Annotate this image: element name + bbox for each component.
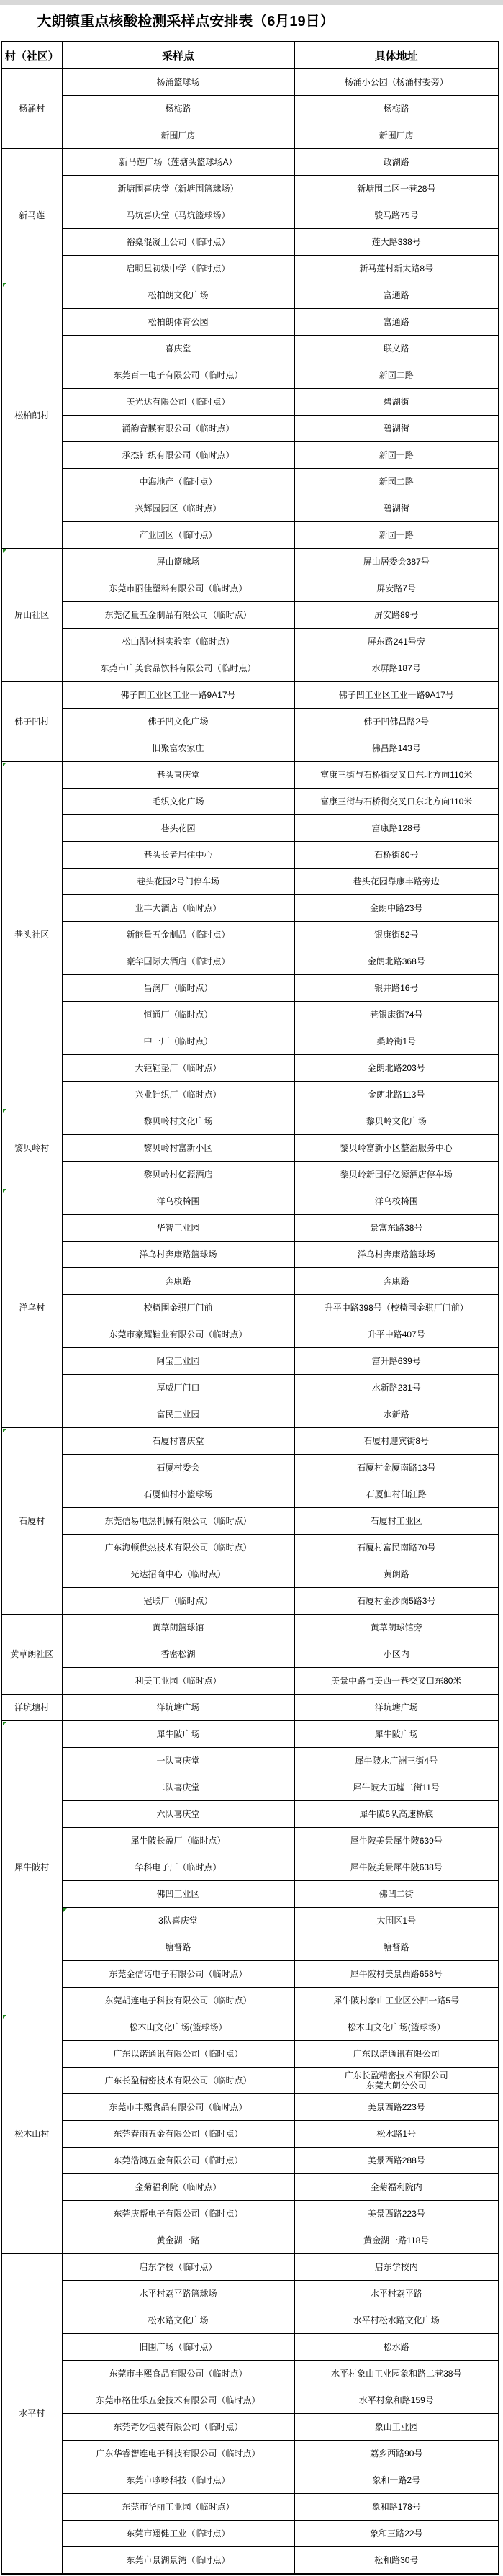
address-cell: 联义路 (294, 336, 499, 362)
address-cell: 美景西路223号 (294, 2201, 499, 2227)
table-row: 香密松湖小区内 (1, 1641, 499, 1668)
table-row: 东莞市哆哆科技（临时点）象和一路2号 (1, 2467, 499, 2494)
table-row: 东莞市广美食品饮料有限公司（临时点）水屏路187号 (1, 655, 499, 682)
site-cell: 马坑喜庆堂（马坑篮球场） (62, 202, 294, 229)
table-row: 马坑喜庆堂（马坑篮球场）骏马路75号 (1, 202, 499, 229)
site-cell: 东莞百一电子有限公司（临时点） (62, 362, 294, 389)
site-cell: 阿宝工业园 (62, 1348, 294, 1375)
village-cell: 洋坑塘村 (1, 1695, 62, 1721)
address-cell: 洋乌村奔康路篮球场 (294, 1242, 499, 1268)
table-row: 东莞市丰熙食品有限公司（临时点）水平村象山工业园象和路二巷38号 (1, 2361, 499, 2387)
site-cell: 东莞市哆哆科技（临时点） (62, 2467, 294, 2494)
site-cell: 校椅围金骐厂门前 (62, 1295, 294, 1321)
address-cell: 美景西路288号 (294, 2148, 499, 2174)
village-cell: 屏山社区 (1, 549, 62, 682)
site-cell: 石厦仙村小篮球场 (62, 1481, 294, 1508)
address-cell: 石厦村富民南路70号 (294, 1535, 499, 1561)
site-cell: 广东华睿智连电子科技有限公司（临时点） (62, 2441, 294, 2467)
address-cell: 富康三街与石桥街交叉口东北方向110米 (294, 789, 499, 815)
site-cell: 佛凹工业区 (62, 1881, 294, 1908)
address-cell: 银康街52号 (294, 922, 499, 948)
village-cell: 松木山村 (1, 2014, 62, 2254)
site-cell: 松木山文化广场(篮球场） (62, 2014, 294, 2041)
table-row: 巷头花园富康路128号 (1, 815, 499, 842)
table-row: 校椅围金骐厂门前升平中路398号（校椅围金骐厂门前） (1, 1295, 499, 1321)
site-cell: 犀牛陂长盈厂（临时点） (62, 1828, 294, 1854)
table-row: 六队喜庆堂犀牛陂6队高速桥底 (1, 1801, 499, 1828)
table-row: 新塘围喜庆堂（新塘围篮球场）新塘围二区一巷28号 (1, 176, 499, 202)
site-cell: 佛子凹文化广场 (62, 709, 294, 735)
site-cell: 兴业针织厂（临时点） (62, 1082, 294, 1108)
column-header: 具体地址 (294, 42, 499, 69)
table-row: 东莞市翔健工业（临时点）象和三路22号 (1, 2521, 499, 2547)
table-row: 新能量五金制品（临时点）银康街52号 (1, 922, 499, 948)
address-cell: 黄朗路 (294, 1561, 499, 1588)
address-cell: 金朗北路113号 (294, 1082, 499, 1108)
site-cell: 东莞胡连电子科技有限公司（临时点） (62, 1988, 294, 2014)
address-cell: 银井路16号 (294, 975, 499, 1002)
site-cell: 中一厂（临时点） (62, 1028, 294, 1055)
table-row: 石厦村委会石厦村金厦南路13号 (1, 1455, 499, 1481)
site-cell: 华智工业园 (62, 1215, 294, 1242)
table-row: 喜庆堂联义路 (1, 336, 499, 362)
address-cell: 水平村荔平路 (294, 2281, 499, 2307)
address-cell: 水平村象和路159号 (294, 2387, 499, 2414)
site-cell: 石厦村委会 (62, 1455, 294, 1481)
site-cell: 水平村荔平路篮球场 (62, 2281, 294, 2307)
site-cell: 旧围广场（临时点） (62, 2334, 294, 2361)
site-cell: 二队喜庆堂 (62, 1774, 294, 1801)
table-row: 东莞市豪耀鞋业有限公司（临时点）升平中路407号 (1, 1321, 499, 1348)
site-cell: 黄金湖一路 (62, 2227, 294, 2254)
address-cell: 塘督路 (294, 1934, 499, 1961)
site-cell: 塘督路 (62, 1934, 294, 1961)
site-cell: 杨梅路 (62, 96, 294, 122)
site-cell: 东莞庆帮电子有限公司（临时点） (62, 2201, 294, 2227)
site-cell: 金菊福利院（临时点） (62, 2174, 294, 2201)
table-row: 洋乌村洋乌校椅围洋乌校椅围 (1, 1188, 499, 1215)
address-cell: 富升路639号 (294, 1348, 499, 1375)
site-cell: 启明星初级中学（临时点） (62, 256, 294, 282)
table-row: 石厦仙村小篮球场石厦仙村仙江路 (1, 1481, 499, 1508)
address-cell: 巷银康街74号 (294, 1002, 499, 1028)
table-row: 广东华睿智连电子科技有限公司（临时点）荔乡西路90号 (1, 2441, 499, 2467)
table-row: 大钜鞋垫厂（临时点）金朗北路203号 (1, 1055, 499, 1082)
address-cell: 升平中路398号（校椅围金骐厂门前） (294, 1295, 499, 1321)
site-cell: 新围厂房 (62, 122, 294, 149)
table-row: 屏山社区屏山篮球场屏山居委会387号 (1, 549, 499, 575)
table-row: 厚威厂门口水新路231号 (1, 1375, 499, 1401)
table-row: 广东长盈精密技术有限公司（临时点）广东长盈精密技术有限公司 东莞大朗分公司 (1, 2068, 499, 2094)
address-cell: 石桥街80号 (294, 842, 499, 869)
table-row: 旧围广场（临时点）松水路 (1, 2334, 499, 2361)
site-cell: 东莞市格仕乐五金技术有限公司（临时点） (62, 2387, 294, 2414)
site-cell: 启东学校（临时点） (62, 2254, 294, 2281)
address-cell: 大围区1号 (294, 1908, 499, 1934)
table-row: 承杰针织有限公司（临时点）新园一路 (1, 442, 499, 469)
table-row: 佛子凹文化广场佛子凹佛昌路2号 (1, 709, 499, 735)
table-row: 犀牛陂长盈厂（临时点）犀牛陂美景犀牛陂639号 (1, 1828, 499, 1854)
village-cell: 佛子凹村 (1, 682, 62, 762)
address-cell: 碧湖街 (294, 416, 499, 442)
village-cell: 石厦村 (1, 1428, 62, 1615)
table-row: 新围厂房新围厂房 (1, 122, 499, 149)
table-row: 恒通厂（临时点）巷银康街74号 (1, 1002, 499, 1028)
table-row: 毛织文化广场富康三街与石桥街交叉口东北方向110米 (1, 789, 499, 815)
column-header: 村（社区） (1, 42, 62, 69)
address-cell: 杨梅路 (294, 96, 499, 122)
table-row: 松柏朗体育公园富通路 (1, 309, 499, 336)
site-cell: 东莞春雨五金有限公司（临时点） (62, 2121, 294, 2148)
address-cell: 启东学校内 (294, 2254, 499, 2281)
address-cell: 黎贝岭富新小区整治服务中心 (294, 1135, 499, 1162)
site-cell: 新马莲广场（莲塘头篮球场A） (62, 149, 294, 176)
address-cell: 新园一路 (294, 522, 499, 549)
site-cell: 东莞市翔健工业（临时点） (62, 2521, 294, 2547)
address-cell: 景富东路38号 (294, 1215, 499, 1242)
table-row: 豪华国际大酒店（临时点）金朗北路368号 (1, 948, 499, 975)
address-cell: 新马莲村新太路8号 (294, 256, 499, 282)
address-cell: 黄金湖一路118号 (294, 2227, 499, 2254)
address-cell: 升平中路407号 (294, 1321, 499, 1348)
village-cell: 犀牛陂村 (1, 1721, 62, 2014)
site-cell: 东莞市丽佳塑料有限公司（临时点） (62, 575, 294, 602)
address-cell: 松和路30号 (294, 2547, 499, 2574)
site-cell: 东莞市丰熙食品有限公司（临时点） (62, 2361, 294, 2387)
address-cell: 犀牛陂村美景西路658号 (294, 1961, 499, 1988)
address-cell: 松木山文化广场(篮球场） (294, 2014, 499, 2041)
table-row: 水平村荔平路篮球场水平村荔平路 (1, 2281, 499, 2307)
address-cell: 富通路 (294, 309, 499, 336)
table-row: 一队喜庆堂犀牛陂水广洲三街4号 (1, 1748, 499, 1774)
table-row: 东莞庆帮电子有限公司（临时点）美景西路223号 (1, 2201, 499, 2227)
village-cell: 水平村 (1, 2254, 62, 2574)
address-cell: 新园一路 (294, 442, 499, 469)
table-row: 东莞信易电热机械有限公司（临时点）石厦村工业区 (1, 1508, 499, 1535)
site-cell: 富民工业园 (62, 1401, 294, 1428)
table-row: 昌润厂（临时点）银井路16号 (1, 975, 499, 1002)
address-cell: 犀牛陂水广洲三街4号 (294, 1748, 499, 1774)
address-cell: 屏东路241号旁 (294, 629, 499, 655)
table-row: 佛凹工业区佛凹二街 (1, 1881, 499, 1908)
table-row: 杨涌村杨涌篮球场杨涌小公园（杨涌村委旁） (1, 69, 499, 96)
address-cell: 富康路128号 (294, 815, 499, 842)
table-row: 东莞市华丽工业园（临时点）象和路178号 (1, 2494, 499, 2521)
village-cell: 巷头社区 (1, 762, 62, 1108)
address-cell: 石厦仙村仙江路 (294, 1481, 499, 1508)
address-cell: 碧湖街 (294, 389, 499, 416)
table-row: 冠联厂（临时点）石厦村金沙岗5路3号 (1, 1588, 499, 1615)
address-cell: 象和路178号 (294, 2494, 499, 2521)
site-cell: 华科电子厂（临时点） (62, 1854, 294, 1881)
table-row: 水平村启东学校（临时点）启东学校内 (1, 2254, 499, 2281)
table-row: 松水路文化广场水平村松水路文化广场 (1, 2307, 499, 2334)
address-cell: 犀牛陂美景犀牛陂638号 (294, 1854, 499, 1881)
site-cell: 香密松湖 (62, 1641, 294, 1668)
address-cell: 小区内 (294, 1641, 499, 1668)
site-cell: 松柏朗体育公园 (62, 309, 294, 336)
address-cell: 水平村象山工业园象和路二巷38号 (294, 2361, 499, 2387)
address-cell: 水新路 (294, 1401, 499, 1428)
village-cell: 黎贝岭村 (1, 1108, 62, 1188)
site-cell: 黎贝岭村亿源酒店 (62, 1162, 294, 1188)
table-row: 中海地产（临时点）新园二路 (1, 469, 499, 495)
site-cell: 黎贝岭村富新小区 (62, 1135, 294, 1162)
site-cell: 利美工业园（临时点） (62, 1668, 294, 1695)
address-cell: 金朗北路203号 (294, 1055, 499, 1082)
table-row: 黎贝岭村富新小区黎贝岭富新小区整治服务中心 (1, 1135, 499, 1162)
site-cell: 屏山篮球场 (62, 549, 294, 575)
address-cell: 佛子凹佛昌路2号 (294, 709, 499, 735)
table-row: 金菊福利院（临时点）金菊福利院内 (1, 2174, 499, 2201)
address-cell: 象和三路22号 (294, 2521, 499, 2547)
address-cell: 屏安路89号 (294, 602, 499, 629)
table-row: 富民工业园水新路 (1, 1401, 499, 1428)
address-cell: 新园二路 (294, 469, 499, 495)
site-cell: 广东海顿供热技术有限公司（临时点） (62, 1535, 294, 1561)
site-cell: 3队喜庆堂 (62, 1908, 294, 1934)
address-cell: 杨涌小公园（杨涌村委旁） (294, 69, 499, 96)
site-cell: 东莞市景湖景湾（临时点） (62, 2547, 294, 2574)
table-row: 东莞亿量五金制品有限公司（临时点）屏安路89号 (1, 602, 499, 629)
table-row: 东莞市格仕乐五金技术有限公司（临时点）水平村象和路159号 (1, 2387, 499, 2414)
table-row: 黎贝岭村黎贝岭村文化广场黎贝岭文化广场 (1, 1108, 499, 1135)
site-cell: 东莞市广美食品饮料有限公司（临时点） (62, 655, 294, 682)
address-cell: 犀牛陂大冚墟二街11号 (294, 1774, 499, 1801)
site-cell: 东莞金信诺电子有限公司（临时点） (62, 1961, 294, 1988)
table-row: 松山湖材料实验室（临时点）屏东路241号旁 (1, 629, 499, 655)
site-cell: 巷头长者居住中心 (62, 842, 294, 869)
site-cell: 松山湖材料实验室（临时点） (62, 629, 294, 655)
address-cell: 富康三街与石桥街交叉口东北方向110米 (294, 762, 499, 789)
table-row: 东莞市丽佳塑料有限公司（临时点）屏安路7号 (1, 575, 499, 602)
table-row: 兴业针织厂（临时点）金朗北路113号 (1, 1082, 499, 1108)
address-cell: 新园二路 (294, 362, 499, 389)
table-row: 塘督路塘督路 (1, 1934, 499, 1961)
address-cell: 石厦村金沙岗5路3号 (294, 1588, 499, 1615)
site-cell: 东莞浩鸿五金有限公司（临时点） (62, 2148, 294, 2174)
site-cell: 新能量五金制品（临时点） (62, 922, 294, 948)
address-cell: 富通路 (294, 282, 499, 309)
table-row: 华智工业园景富东路38号 (1, 1215, 499, 1242)
address-cell: 松水路 (294, 2334, 499, 2361)
table-row: 东莞浩鸿五金有限公司（临时点）美景西路288号 (1, 2148, 499, 2174)
site-cell: 广东长盈精密技术有限公司（临时点） (62, 2068, 294, 2094)
site-cell: 洋乌校椅围 (62, 1188, 294, 1215)
village-cell: 洋乌村 (1, 1188, 62, 1428)
table-row: 华科电子厂（临时点）犀牛陂美景犀牛陂638号 (1, 1854, 499, 1881)
table-row: 东莞市景湖景湾（临时点）松和路30号 (1, 2547, 499, 2574)
table-row: 巷头花园2号门停车场巷头花园靠康丰路旁边 (1, 869, 499, 895)
site-cell: 裕燊混凝土公司（临时点） (62, 229, 294, 256)
address-cell: 莲大路338号 (294, 229, 499, 256)
address-cell: 松水路1号 (294, 2121, 499, 2148)
address-cell: 美景中路与美西一巷交叉口东80米 (294, 1668, 499, 1695)
site-cell: 洋坑塘广场 (62, 1695, 294, 1721)
address-cell: 广东以诺通讯有限公司 (294, 2041, 499, 2068)
site-cell: 东莞奇妙包装有限公司（临时点） (62, 2414, 294, 2441)
table-row: 黄草朗社区黄草朗篮球馆黄草朗球馆旁 (1, 1615, 499, 1641)
site-cell: 广东以诺通讯有限公司（临时点） (62, 2041, 294, 2068)
table-row: 巷头社区巷头喜庆堂富康三街与石桥街交叉口东北方向110米 (1, 762, 499, 789)
address-cell: 黎贝岭文化广场 (294, 1108, 499, 1135)
site-cell: 东莞信易电热机械有限公司（临时点） (62, 1508, 294, 1535)
site-cell: 松柏朗文化广场 (62, 282, 294, 309)
table-row: 利美工业园（临时点）美景中路与美西一巷交叉口东80米 (1, 1668, 499, 1695)
site-cell: 东莞市豪耀鞋业有限公司（临时点） (62, 1321, 294, 1348)
site-cell: 昌润厂（临时点） (62, 975, 294, 1002)
village-cell: 新马莲 (1, 149, 62, 282)
address-cell: 巷头花园靠康丰路旁边 (294, 869, 499, 895)
table-row: 阿宝工业园富升路639号 (1, 1348, 499, 1375)
site-cell: 石厦村喜庆堂 (62, 1428, 294, 1455)
address-cell: 水平村松水路文化广场 (294, 2307, 499, 2334)
site-cell: 兴辉园园区（临时点） (62, 495, 294, 522)
site-cell: 恒通厂（临时点） (62, 1002, 294, 1028)
site-cell: 中海地产（临时点） (62, 469, 294, 495)
table-row: 启明星初级中学（临时点）新马莲村新太路8号 (1, 256, 499, 282)
site-cell: 美光达有限公司（临时点） (62, 389, 294, 416)
site-cell: 佛子凹工业区工业一路9A17号 (62, 682, 294, 709)
village-cell: 杨涌村 (1, 69, 62, 149)
site-cell: 奔康路 (62, 1268, 294, 1295)
table-row: 兴辉园园区（临时点）碧湖街 (1, 495, 499, 522)
table-row: 裕燊混凝土公司（临时点）莲大路338号 (1, 229, 499, 256)
address-cell: 佛子凹工业区工业一路9A17号 (294, 682, 499, 709)
table-row: 东莞春雨五金有限公司（临时点）松水路1号 (1, 2121, 499, 2148)
site-cell: 毛织文化广场 (62, 789, 294, 815)
page-title: 大朗镇重点核酸检测采样点安排表（6月19日） (0, 9, 371, 30)
address-cell: 骏马路75号 (294, 202, 499, 229)
table-row: 洋乌村奔康路篮球场洋乌村奔康路篮球场 (1, 1242, 499, 1268)
table-row: 广东以诺通讯有限公司（临时点）广东以诺通讯有限公司 (1, 2041, 499, 2068)
table-row: 广东海顿供热技术有限公司（临时点）石厦村富民南路70号 (1, 1535, 499, 1561)
table-row: 新马莲新马莲广场（莲塘头篮球场A）政湖路 (1, 149, 499, 176)
table-row: 奔康路奔康路 (1, 1268, 499, 1295)
table-row: 3队喜庆堂大围区1号 (1, 1908, 499, 1934)
table-row: 涌韵音膜有限公司（临时点）碧湖街 (1, 416, 499, 442)
site-cell: 承杰针织有限公司（临时点） (62, 442, 294, 469)
site-cell: 厚威厂门口 (62, 1375, 294, 1401)
address-cell: 黎贝岭新围仔亿源酒店停车场 (294, 1162, 499, 1188)
table-row: 美光达有限公司（临时点）碧湖街 (1, 389, 499, 416)
site-cell: 东莞市丰熙食品有限公司（临时点） (62, 2094, 294, 2121)
table-row: 光达招商中心（临时点）黄朗路 (1, 1561, 499, 1588)
address-cell: 犀牛陂6队高速桥底 (294, 1801, 499, 1828)
table-row: 东莞奇妙包装有限公司（临时点）象山工业园 (1, 2414, 499, 2441)
header-row: 村（社区）采样点具体地址 (1, 42, 499, 69)
site-cell: 豪华国际大酒店（临时点） (62, 948, 294, 975)
site-cell: 光达招商中心（临时点） (62, 1561, 294, 1588)
address-cell: 佛昌路143号 (294, 735, 499, 762)
address-cell: 桑岭街1号 (294, 1028, 499, 1055)
address-cell: 屏安路7号 (294, 575, 499, 602)
site-cell: 涌韵音膜有限公司（临时点） (62, 416, 294, 442)
site-cell: 冠联厂（临时点） (62, 1588, 294, 1615)
table-row: 东莞金信诺电子有限公司（临时点）犀牛陂村美景西路658号 (1, 1961, 499, 1988)
site-cell: 东莞市华丽工业园（临时点） (62, 2494, 294, 2521)
address-cell: 广东长盈精密技术有限公司 东莞大朗分公司 (294, 2068, 499, 2094)
site-cell: 业丰大酒店（临时点） (62, 895, 294, 922)
table-row: 巷头长者居住中心石桥街80号 (1, 842, 499, 869)
address-cell: 屏山居委会387号 (294, 549, 499, 575)
site-cell: 新塘围喜庆堂（新塘围篮球场） (62, 176, 294, 202)
address-cell: 洋坑塘广场 (294, 1695, 499, 1721)
table-row: 东莞市丰熙食品有限公司（临时点）美景西路223号 (1, 2094, 499, 2121)
address-cell: 金朗中路23号 (294, 895, 499, 922)
site-cell: 洋乌村奔康路篮球场 (62, 1242, 294, 1268)
address-cell: 佛凹二街 (294, 1881, 499, 1908)
sampling-table: 村（社区）采样点具体地址 杨涌村杨涌篮球场杨涌小公园（杨涌村委旁）杨梅路杨梅路新… (1, 41, 499, 2575)
address-cell: 新塘围二区一巷28号 (294, 176, 499, 202)
site-cell: 黄草朗篮球馆 (62, 1615, 294, 1641)
address-cell: 黄草朗球馆旁 (294, 1615, 499, 1641)
table-row: 洋坑塘村洋坑塘广场洋坑塘广场 (1, 1695, 499, 1721)
table-row: 佛子凹村佛子凹工业区工业一路9A17号佛子凹工业区工业一路9A17号 (1, 682, 499, 709)
table-row: 旧聚富农家庄佛昌路143号 (1, 735, 499, 762)
site-cell: 产业园区（临时点） (62, 522, 294, 549)
table-row: 中一厂（临时点）桑岭街1号 (1, 1028, 499, 1055)
site-cell: 东莞亿量五金制品有限公司（临时点） (62, 602, 294, 629)
table-row: 石厦村石厦村喜庆堂石厦村迎宾街8号 (1, 1428, 499, 1455)
site-cell: 六队喜庆堂 (62, 1801, 294, 1828)
address-cell: 犀牛陂村象山工业区公凹一路5号 (294, 1988, 499, 2014)
address-cell: 石厦村金厦南路13号 (294, 1455, 499, 1481)
site-cell: 巷头喜庆堂 (62, 762, 294, 789)
table-row: 二队喜庆堂犀牛陂大冚墟二街11号 (1, 1774, 499, 1801)
address-cell: 金朗北路368号 (294, 948, 499, 975)
address-cell: 石厦村工业区 (294, 1508, 499, 1535)
site-cell: 大钜鞋垫厂（临时点） (62, 1055, 294, 1082)
table-row: 黄金湖一路黄金湖一路118号 (1, 2227, 499, 2254)
table-row: 东莞胡连电子科技有限公司（临时点）犀牛陂村象山工业区公凹一路5号 (1, 1988, 499, 2014)
table-row: 犀牛陂村犀牛陂广场犀牛陂广场 (1, 1721, 499, 1748)
village-cell: 松柏朗村 (1, 282, 62, 549)
table-row: 杨梅路杨梅路 (1, 96, 499, 122)
address-cell: 水屏路187号 (294, 655, 499, 682)
table-row: 业丰大酒店（临时点）金朗中路23号 (1, 895, 499, 922)
address-cell: 碧湖街 (294, 495, 499, 522)
table-row: 松柏朗村松柏朗文化广场富通路 (1, 282, 499, 309)
site-cell: 巷头花园2号门停车场 (62, 869, 294, 895)
site-cell: 黎贝岭村文化广场 (62, 1108, 294, 1135)
table-row: 黎贝岭村亿源酒店黎贝岭新围仔亿源酒店停车场 (1, 1162, 499, 1188)
address-cell: 犀牛陂美景犀牛陂639号 (294, 1828, 499, 1854)
site-cell: 一队喜庆堂 (62, 1748, 294, 1774)
address-cell: 象和一路2号 (294, 2467, 499, 2494)
village-cell: 黄草朗社区 (1, 1615, 62, 1695)
address-cell: 象山工业园 (294, 2414, 499, 2441)
site-cell: 杨涌篮球场 (62, 69, 294, 96)
site-cell: 松水路文化广场 (62, 2307, 294, 2334)
address-cell: 荔乡西路90号 (294, 2441, 499, 2467)
address-cell: 犀牛陂广场 (294, 1721, 499, 1748)
address-cell: 洋乌校椅围 (294, 1188, 499, 1215)
address-cell: 奔康路 (294, 1268, 499, 1295)
address-cell: 石厦村迎宾街8号 (294, 1428, 499, 1455)
column-header: 采样点 (62, 42, 294, 69)
table-body: 杨涌村杨涌篮球场杨涌小公园（杨涌村委旁）杨梅路杨梅路新围厂房新围厂房新马莲新马莲… (1, 69, 499, 2574)
table-row: 东莞百一电子有限公司（临时点）新园二路 (1, 362, 499, 389)
address-cell: 美景西路223号 (294, 2094, 499, 2121)
address-cell: 水新路231号 (294, 1375, 499, 1401)
site-cell: 旧聚富农家庄 (62, 735, 294, 762)
window-top-strip (0, 0, 503, 5)
address-cell: 新围厂房 (294, 122, 499, 149)
site-cell: 巷头花园 (62, 815, 294, 842)
address-cell: 金菊福利院内 (294, 2174, 499, 2201)
address-cell: 政湖路 (294, 149, 499, 176)
